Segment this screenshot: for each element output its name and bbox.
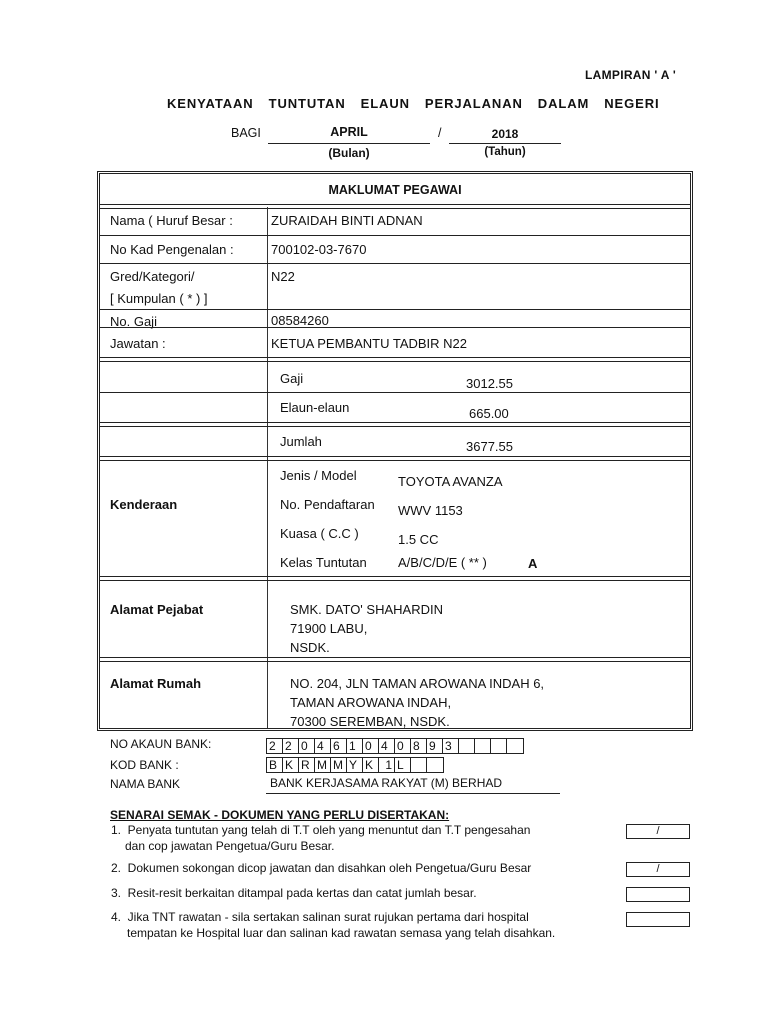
akaun-digit-box[interactable]: 1 <box>347 739 363 753</box>
akaun-digit-box[interactable]: 6 <box>331 739 347 753</box>
alamat-pejabat-line-2[interactable]: 71900 LABU, <box>290 621 367 636</box>
month-field[interactable]: APRIL <box>268 125 430 139</box>
section-title: MAKLUMAT PEGAWAI <box>100 183 690 197</box>
divider <box>100 235 690 236</box>
kod-char-box[interactable]: 1 <box>379 758 395 772</box>
kod-char-box[interactable]: B <box>267 758 283 772</box>
alamat-rumah-label: Alamat Rumah <box>110 676 201 691</box>
divider <box>100 657 690 662</box>
kenderaan-label: Kenderaan <box>110 497 177 512</box>
nama-label: Nama ( Huruf Besar : <box>110 213 233 228</box>
checklist-item-1: 1. Penyata tuntutan yang telah di T.T ol… <box>111 823 530 854</box>
divider <box>100 327 690 328</box>
column-divider <box>267 207 268 728</box>
divider <box>100 309 690 310</box>
divider <box>100 392 690 393</box>
gaji-label: Gaji <box>280 371 303 386</box>
akaun-digit-box[interactable]: 4 <box>315 739 331 753</box>
elaun-label: Elaun-elaun <box>280 400 349 415</box>
kuasa-value[interactable]: 1.5 CC <box>398 532 438 547</box>
kod-char-box[interactable]: M <box>331 758 347 772</box>
ic-label: No Kad Pengenalan : <box>110 242 234 257</box>
kod-char-box[interactable]: K <box>283 758 299 772</box>
kod-char-box[interactable] <box>411 758 427 772</box>
jumlah-label: Jumlah <box>280 434 322 449</box>
gred-value[interactable]: N22 <box>271 269 295 284</box>
kelas-label: Kelas Tuntutan <box>280 555 367 570</box>
akaun-digit-box[interactable] <box>491 739 507 753</box>
akaun-bank-label: NO AKAUN BANK: <box>110 737 211 751</box>
checklist-item-2-line-1: 2. Dokumen sokongan dicop jawatan dan di… <box>111 861 531 877</box>
divider <box>100 204 690 209</box>
ic-value[interactable]: 700102-03-7670 <box>271 242 366 257</box>
daftar-value[interactable]: WWV 1153 <box>398 503 463 518</box>
akaun-digit-box[interactable]: 2 <box>267 739 283 753</box>
checklist-item-1-line-2: dan cop jawatan Pengetua/Guru Besar. <box>111 839 530 855</box>
divider <box>100 263 690 264</box>
kod-bank-label: KOD BANK : <box>110 758 179 772</box>
akaun-bank-field[interactable]: 220461040893 <box>266 738 524 754</box>
checklist-item-4-line-2: tempatan ke Hospital luar dan salinan ka… <box>111 926 555 942</box>
nama-value[interactable]: ZURAIDAH BINTI ADNAN <box>271 213 423 228</box>
jawatan-label: Jawatan : <box>110 336 166 351</box>
akaun-digit-box[interactable] <box>459 739 475 753</box>
kod-char-box[interactable]: Y <box>347 758 363 772</box>
year-caption: (Tahun) <box>449 146 561 158</box>
jawatan-value[interactable]: KETUA PEMBANTU TADBIR N22 <box>271 336 467 351</box>
kod-char-box[interactable]: M <box>315 758 331 772</box>
akaun-digit-box[interactable] <box>507 739 523 753</box>
no-gaji-value[interactable]: 08584260 <box>271 313 329 328</box>
divider <box>100 357 690 362</box>
checklist-checkbox-3[interactable] <box>626 887 690 902</box>
checklist-item-2: 2. Dokumen sokongan dicop jawatan dan di… <box>111 861 531 877</box>
kumpulan-label: [ Kumpulan ( * ) ] <box>110 291 208 306</box>
checklist-item-3: 3. Resit-resit berkaitan ditampal pada k… <box>111 886 477 902</box>
jenis-value[interactable]: TOYOTA AVANZA <box>398 474 503 489</box>
kod-char-box[interactable]: L <box>395 758 411 772</box>
akaun-digit-box[interactable]: 2 <box>283 739 299 753</box>
divider <box>100 456 690 461</box>
akaun-digit-box[interactable]: 3 <box>443 739 459 753</box>
nama-bank-value[interactable]: BANK KERJASAMA RAKYAT (M) BERHAD <box>270 776 502 790</box>
akaun-digit-box[interactable]: 4 <box>379 739 395 753</box>
akaun-digit-box[interactable]: 9 <box>427 739 443 753</box>
gaji-value[interactable]: 3012.55 <box>466 376 513 391</box>
checklist-checkbox-4[interactable] <box>626 912 690 927</box>
checklist-checkbox-2[interactable]: / <box>626 862 690 877</box>
akaun-digit-box[interactable] <box>475 739 491 753</box>
bagi-label: BAGI <box>231 126 261 140</box>
checklist-item-4: 4. Jika TNT rawatan - sila sertakan sali… <box>111 910 555 941</box>
divider <box>100 576 690 581</box>
elaun-value[interactable]: 665.00 <box>469 406 509 421</box>
lampiran-label: LAMPIRAN ' A ' <box>585 68 676 82</box>
employee-info-table: MAKLUMAT PEGAWAI Nama ( Huruf Besar : ZU… <box>97 171 693 731</box>
alamat-pejabat-line-1[interactable]: SMK. DATO' SHAHARDIN <box>290 602 443 617</box>
kelas-value[interactable]: A <box>528 556 537 571</box>
akaun-digit-box[interactable]: 0 <box>363 739 379 753</box>
alamat-rumah-line-2[interactable]: TAMAN AROWANA INDAH, <box>290 695 451 710</box>
checklist-title: SENARAI SEMAK - DOKUMEN YANG PERLU DISER… <box>110 808 449 822</box>
alamat-pejabat-line-3[interactable]: NSDK. <box>290 640 330 655</box>
akaun-digit-box[interactable]: 8 <box>411 739 427 753</box>
date-separator: / <box>438 126 441 140</box>
kod-char-box[interactable] <box>427 758 443 772</box>
kuasa-label: Kuasa ( C.C ) <box>280 526 359 541</box>
document-title: KENYATAAN TUNTUTAN ELAUN PERJALANAN DALA… <box>167 96 660 111</box>
alamat-rumah-line-1[interactable]: NO. 204, JLN TAMAN AROWANA INDAH 6, <box>290 676 544 691</box>
akaun-digit-box[interactable]: 0 <box>395 739 411 753</box>
month-caption: (Bulan) <box>268 146 430 160</box>
checklist-item-3-line-1: 3. Resit-resit berkaitan ditampal pada k… <box>111 886 477 902</box>
checklist-item-1-line-1: 1. Penyata tuntutan yang telah di T.T ol… <box>111 823 530 839</box>
checklist-item-4-line-1: 4. Jika TNT rawatan - sila sertakan sali… <box>111 910 555 926</box>
nama-bank-label: NAMA BANK <box>110 777 180 791</box>
month-underline <box>268 143 430 144</box>
gred-label: Gred/Kategori/ <box>110 269 195 284</box>
alamat-pejabat-label: Alamat Pejabat <box>110 602 203 617</box>
nama-bank-underline <box>266 793 560 794</box>
daftar-label: No. Pendaftaran <box>280 497 375 512</box>
checklist-checkbox-1[interactable]: / <box>626 824 690 839</box>
year-field[interactable]: 2018 <box>449 127 561 141</box>
year-underline <box>449 143 561 144</box>
kod-bank-field[interactable]: BKRMMYK1L <box>266 757 444 773</box>
jenis-label: Jenis / Model <box>280 468 357 483</box>
divider <box>100 422 690 427</box>
kod-char-box[interactable]: R <box>299 758 315 772</box>
kod-char-box[interactable]: K <box>363 758 379 772</box>
alamat-rumah-line-3[interactable]: 70300 SEREMBAN, NSDK. <box>290 714 450 729</box>
kelas-options: A/B/C/D/E ( ** ) <box>398 555 487 570</box>
jumlah-value[interactable]: 3677.55 <box>466 439 513 454</box>
akaun-digit-box[interactable]: 0 <box>299 739 315 753</box>
